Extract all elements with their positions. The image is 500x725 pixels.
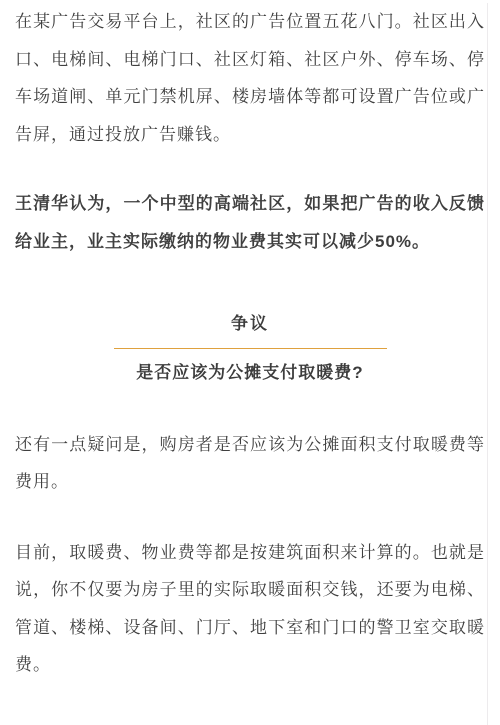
page-edge-line (487, 3, 488, 725)
highlight-paragraph: 王清华认为，一个中型的高端社区，如果把广告的收入反馈给业主，业主实际缴纳的物业费… (15, 185, 485, 260)
intro-paragraph: 在某广告交易平台上，社区的广告位置五花八门。社区出入口、电梯间、电梯门口、社区灯… (15, 3, 485, 153)
section-divider (114, 348, 387, 350)
section-subtitle: 是否应该为公摊支付取暖费? (15, 354, 485, 392)
section-header: 争议 是否应该为公摊支付取暖费? (15, 305, 485, 392)
closing-paragraph: 目前，取暖费、物业费等都是按建筑面积来计算的。也就是说，你不仅要为房子里的实际取… (15, 534, 485, 684)
section-title: 争议 (15, 305, 485, 343)
article-page: 在某广告交易平台上，社区的广告位置五花八门。社区出入口、电梯间、电梯门口、社区灯… (0, 3, 500, 725)
question-paragraph: 还有一点疑问是，购房者是否应该为公摊面积支付取暖费等费用。 (15, 426, 485, 501)
